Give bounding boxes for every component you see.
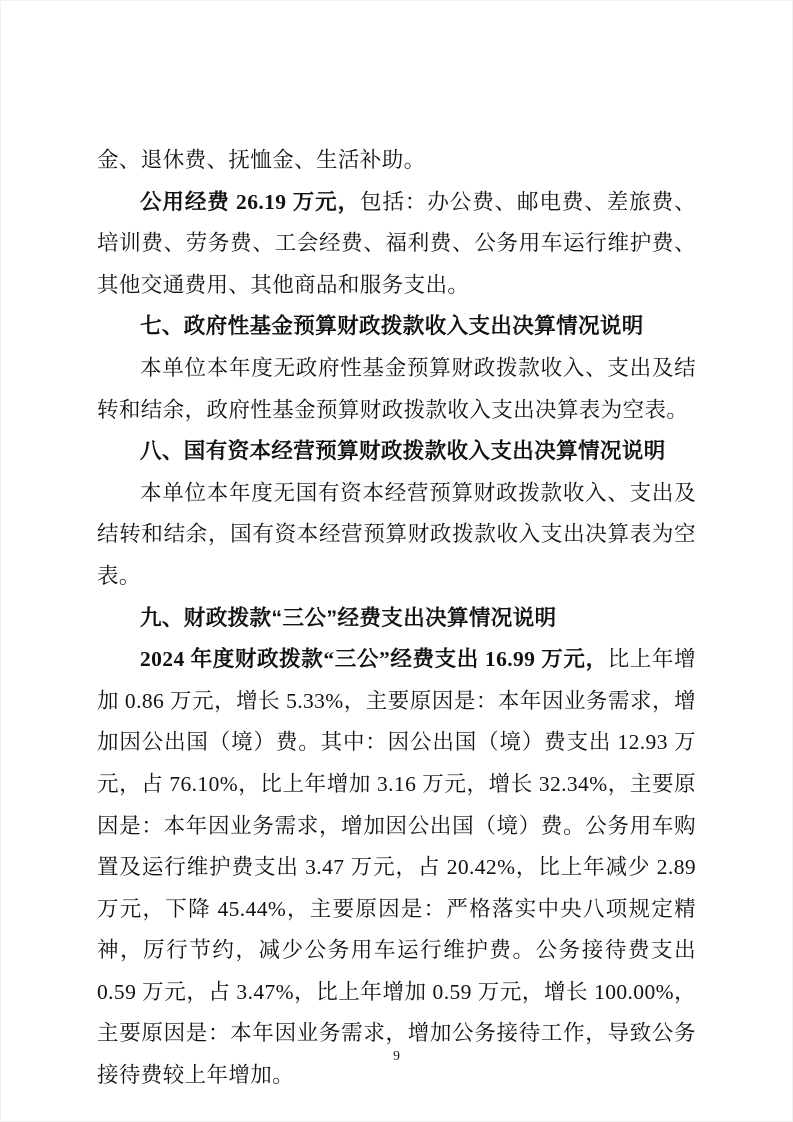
document-body: 金、退休费、抚恤金、生活补助。 公用经费 26.19 万元，包括：办公费、邮电费… <box>97 140 696 1097</box>
section-heading-9: 九、财政拨款“三公”经费支出决算情况说明 <box>97 598 696 640</box>
paragraph-text: 本单位本年度无国有资本经营预算财政拨款收入、支出及结转和结余，国有资本经营预算财… <box>97 481 696 588</box>
paragraph-text: 本单位本年度无政府性基金预算财政拨款收入、支出及结转和结余，政府性基金预算财政拨… <box>97 356 696 422</box>
paragraph-section-7-body: 本单位本年度无政府性基金预算财政拨款收入、支出及结转和结余，政府性基金预算财政拨… <box>97 348 696 431</box>
section-heading-8: 八、国有资本经营预算财政拨款收入支出决算情况说明 <box>97 431 696 473</box>
page-number: 9 <box>1 1049 792 1065</box>
document-page: 金、退休费、抚恤金、生活补助。 公用经费 26.19 万元，包括：办公费、邮电费… <box>0 0 793 1122</box>
paragraph-text: 金、退休费、抚恤金、生活补助。 <box>97 148 426 172</box>
bold-lead-public-expense: 公用经费 26.19 万元， <box>140 190 360 214</box>
section-heading-7: 七、政府性基金预算财政拨款收入支出决算情况说明 <box>97 306 696 348</box>
paragraph-section-8-body: 本单位本年度无国有资本经营预算财政拨款收入、支出及结转和结余，国有资本经营预算财… <box>97 473 696 598</box>
heading-text: 八、国有资本经营预算财政拨款收入支出决算情况说明 <box>140 439 666 463</box>
bold-lead-sangong-expense: 2024 年度财政拨款“三公”经费支出 16.99 万元， <box>140 647 608 671</box>
paragraph-section-9-body: 2024 年度财政拨款“三公”经费支出 16.99 万元，比上年增加 0.86 … <box>97 639 696 1097</box>
paragraph-public-expense: 公用经费 26.19 万元，包括：办公费、邮电费、差旅费、培训费、劳务费、工会经… <box>97 182 696 307</box>
paragraph-pension-continuation: 金、退休费、抚恤金、生活补助。 <box>97 140 696 182</box>
heading-text: 七、政府性基金预算财政拨款收入支出决算情况说明 <box>140 314 644 338</box>
paragraph-text: 比上年增加 0.86 万元，增长 5.33%，主要原因是：本年因业务需求，增加因… <box>97 647 696 1087</box>
heading-text: 九、财政拨款“三公”经费支出决算情况说明 <box>140 606 557 630</box>
